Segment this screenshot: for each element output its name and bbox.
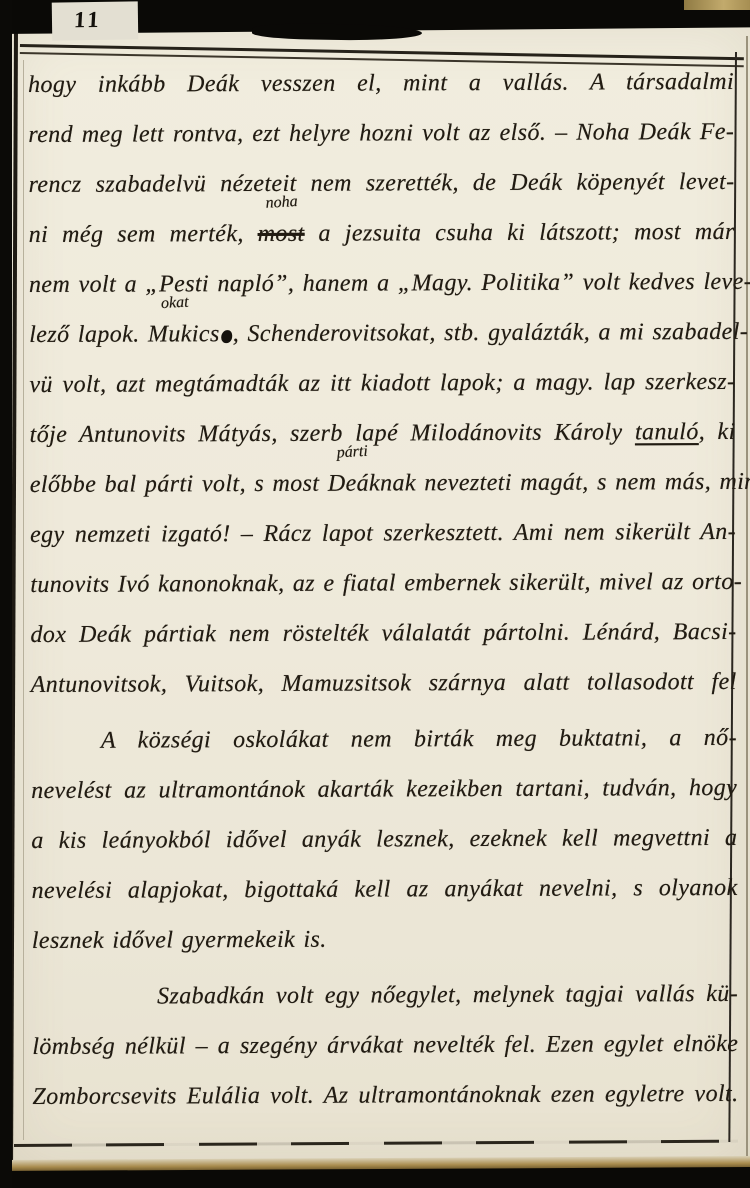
manuscript-text: Antunovitsok, Vuitsok, Mamuzsitsok szárn…	[31, 669, 737, 698]
manuscript-text: dox Deák pártiak nem röstelték válalatát…	[30, 619, 736, 648]
manuscript-line: rend meg lett rontva, ezt helyre hozni v…	[28, 109, 734, 162]
manuscript-text: nem volt a „Pesti napló”, hanem a „Magy.…	[29, 269, 750, 298]
manuscript-line: nevelési alapjokat, bigottaká kell az an…	[32, 865, 738, 918]
inserted-word-above: okat	[160, 295, 188, 313]
manuscript-text: hogy inkább Deák vesszen el, mint a vall…	[28, 69, 734, 98]
manuscript-text: lező lapok.	[29, 321, 148, 348]
manuscript-text: , Schenderovitsokat, stb. gyalázták, a m…	[233, 319, 749, 347]
manuscript-line: tunovits Ivó kanonoknak, az e fiatal emb…	[30, 559, 736, 612]
manuscript-line: rencz szabadelvü nézeteit nem szerették,…	[28, 159, 734, 212]
manuscript-text: Zomborcsevits Eulália volt. Az ultramont…	[32, 1081, 738, 1110]
manuscript-line: ni még sem merték, mostnoha a jezsuita c…	[29, 209, 735, 262]
manuscript-text: Mukicsokat	[148, 311, 220, 357]
manuscript-text: ni még sem merték,	[29, 221, 258, 248]
manuscript-text: a jezsuita csuha ki látszott; most már	[305, 219, 735, 247]
ink-blot-icon	[221, 330, 232, 343]
right-page-edge	[746, 36, 748, 1162]
underlined-word: tanuló	[635, 419, 699, 445]
manuscript-line: egy nemzeti izgató! – Rácz lapot szerkes…	[30, 509, 736, 562]
left-binding-edge	[0, 0, 12, 1188]
manuscript-line: dox Deák pártiak nem röstelték válalatát…	[30, 609, 736, 662]
manuscript-text: nak nevezteti magát, s nem más, mint	[380, 469, 750, 497]
manuscript-line: hogy inkább Deák vesszen el, mint a vall…	[28, 59, 734, 112]
manuscript-line: A községi oskolákat nem birták meg bukta…	[31, 715, 737, 768]
manuscript-line: Antunovitsok, Vuitsok, Mamuzsitsok szárn…	[31, 659, 737, 712]
manuscript-line: Zomborcsevits Eulália volt. Az ultramont…	[32, 1071, 738, 1124]
manuscript-text: egy nemzeti izgató! – Rácz lapot szerkes…	[30, 519, 736, 548]
manuscript-text: lömbség nélkül – a szegény árvákat nevel…	[32, 1031, 738, 1060]
manuscript-text: rencz szabadelvü nézeteit nem szerették,…	[28, 169, 734, 198]
manuscript-line: lesznek idővel gyermekeik is.	[32, 915, 738, 968]
manuscript-line: lömbség nélkül – a szegény árvákat nevel…	[32, 1021, 738, 1074]
manuscript-text: nevelési alapjokat, bigottaká kell az an…	[32, 875, 738, 904]
manuscript-text: Szabadkán volt egy nőegylet, melynek tag…	[157, 981, 738, 1010]
scan-bottom-band	[0, 1167, 750, 1188]
inserted-word-above: párti	[337, 444, 369, 462]
manuscript-line: nem volt a „Pesti napló”, hanem a „Magy.…	[29, 259, 735, 312]
manuscript-text: tunovits Ivó kanonoknak, az e fiatal emb…	[30, 569, 742, 598]
manuscript-line: előbbe bal párti volt, s most Deákpártin…	[30, 459, 736, 512]
manuscript-line: Szabadkán volt egy nőegylet, melynek tag…	[32, 971, 738, 1024]
manuscript-line: a kis leányokból idővel anyák lesznek, e…	[31, 815, 737, 868]
manuscript-line: lező lapok. Mukicsokat, Schenderovitsoka…	[29, 309, 735, 362]
manuscript-text: A községi oskolákat nem birták meg bukta…	[101, 725, 737, 754]
left-border-faint-line	[23, 60, 24, 1140]
manuscript-text: rend meg lett rontva, ezt helyre hozni v…	[28, 119, 734, 148]
manuscript-text: , ki	[699, 419, 736, 445]
page-number: 11	[73, 7, 102, 33]
manuscript-text: lesznek idővel gyermekeik is.	[32, 927, 327, 954]
manuscript-line: vü volt, azt megtámadták az itt kiadott …	[29, 359, 735, 412]
manuscript-text: Deákpárti	[328, 460, 380, 506]
manuscript-text: nevelést az ultramontánok akarták kezeik…	[31, 775, 737, 804]
manuscript-line: nevelést az ultramontánok akarták kezeik…	[31, 765, 737, 818]
inserted-word-above: noha	[266, 194, 299, 212]
manuscript-text: a kis leányokból idővel anyák lesznek, e…	[31, 825, 737, 854]
manuscript-lines: hogy inkább Deák vesszen el, mint a vall…	[28, 59, 739, 1124]
corner-tan-sliver	[684, 0, 750, 10]
manuscript-text: vü volt, azt megtámadták az itt kiadott …	[29, 369, 735, 398]
manuscript-text: előbbe bal párti volt, s most	[30, 471, 328, 498]
struck-word: mostnoha	[258, 211, 305, 257]
page-number-notch: 11	[52, 1, 139, 40]
manuscript-line: tője Antunovits Mátyás, szerb lapé Milod…	[30, 409, 736, 462]
manuscript-text: tője Antunovits Mátyás, szerb lapé Milod…	[30, 419, 635, 448]
